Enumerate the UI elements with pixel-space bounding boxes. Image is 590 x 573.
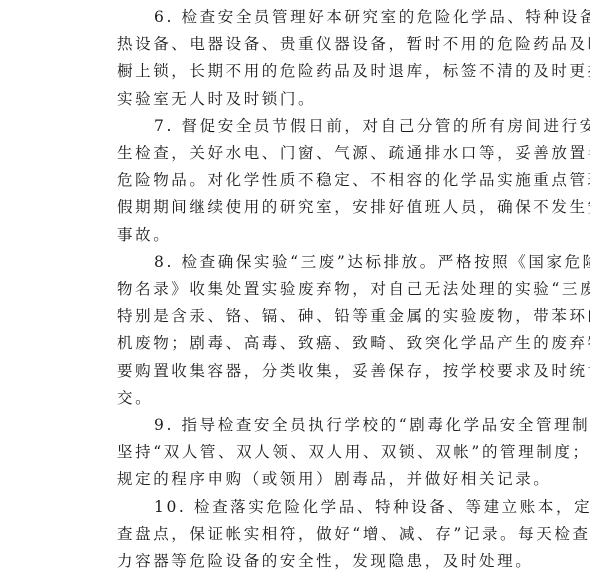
text-line: 6. 检查安全员管理好本研究室的危险化学品、特种设备、发 — [80, 4, 520, 31]
text-line: 查盘点，保证帐实相符，做好“增、减、存”记录。每天检查压 — [80, 521, 520, 548]
text-line: 假期期间继续使用的研究室，安排好值班人员，确保不发生安全 — [80, 194, 520, 221]
text-line: 热设备、电器设备、贵重仪器设备，暂时不用的危险药品及时归 — [80, 31, 520, 58]
paragraph-item-7: 7. 督促安全员节假日前，对自己分管的所有房间进行安全卫 生检查，关好水电、门窗… — [80, 113, 520, 249]
text-line: 事故。 — [80, 222, 520, 249]
text-line: 物名录》收集处置实验废弃物，对自己无法处理的实验“三废”, — [80, 276, 520, 303]
text-line: 特别是含汞、铬、镉、砷、铅等重金属的实验废物，带苯环的有 — [80, 303, 520, 330]
text-line: 坚持“双人管、双人领、双人用、双锁、双帐”的管理制度；按 — [80, 439, 520, 466]
paragraph-item-6: 6. 检查安全员管理好本研究室的危险化学品、特种设备、发 热设备、电器设备、贵重… — [80, 4, 520, 113]
text-line: 9. 指导检查安全员执行学校的“剧毒化学品安全管理制度”, — [80, 412, 520, 439]
text-line: 机废物；剧毒、高毒、致癌、致畸、致突化学品产生的废弃物， — [80, 330, 520, 357]
paragraph-item-8: 8. 检查确保实验“三废”达标排放。严格按照《国家危险废 物名录》收集处置实验废… — [80, 249, 520, 412]
text-line: 生检查，关好水电、门窗、气源、疏通排水口等，妥善放置各种 — [80, 140, 520, 167]
document-page: 6. 检查安全员管理好本研究室的危险化学品、特种设备、发 热设备、电器设备、贵重… — [80, 4, 520, 573]
text-line: 要购置收集容器，分类收集，妥善保存，按学校要求及时统计上 — [80, 358, 520, 385]
text-line: 规定的程序申购（或领用）剧毒品，并做好相关记录。 — [80, 466, 520, 493]
text-line: 危险物品。对化学性质不稳定、不相容的化学品实施重点管理。 — [80, 167, 520, 194]
text-line: 交。 — [80, 385, 520, 412]
text-line: 8. 检查确保实验“三废”达标排放。严格按照《国家危险废 — [80, 249, 520, 276]
text-line: 力容器等危险设备的安全性，发现隐患，及时处理。 — [80, 548, 520, 573]
text-line: 10. 检查落实危险化学品、特种设备、等建立账本，定期检 — [80, 494, 520, 521]
text-line: 实验室无人时及时锁门。 — [80, 86, 520, 113]
text-line: 7. 督促安全员节假日前，对自己分管的所有房间进行安全卫 — [80, 113, 520, 140]
text-line: 橱上锁，长期不用的危险药品及时退库，标签不清的及时更换。 — [80, 58, 520, 85]
paragraph-item-10: 10. 检查落实危险化学品、特种设备、等建立账本，定期检 查盘点，保证帐实相符，… — [80, 494, 520, 573]
paragraph-item-9: 9. 指导检查安全员执行学校的“剧毒化学品安全管理制度”, 坚持“双人管、双人领… — [80, 412, 520, 494]
